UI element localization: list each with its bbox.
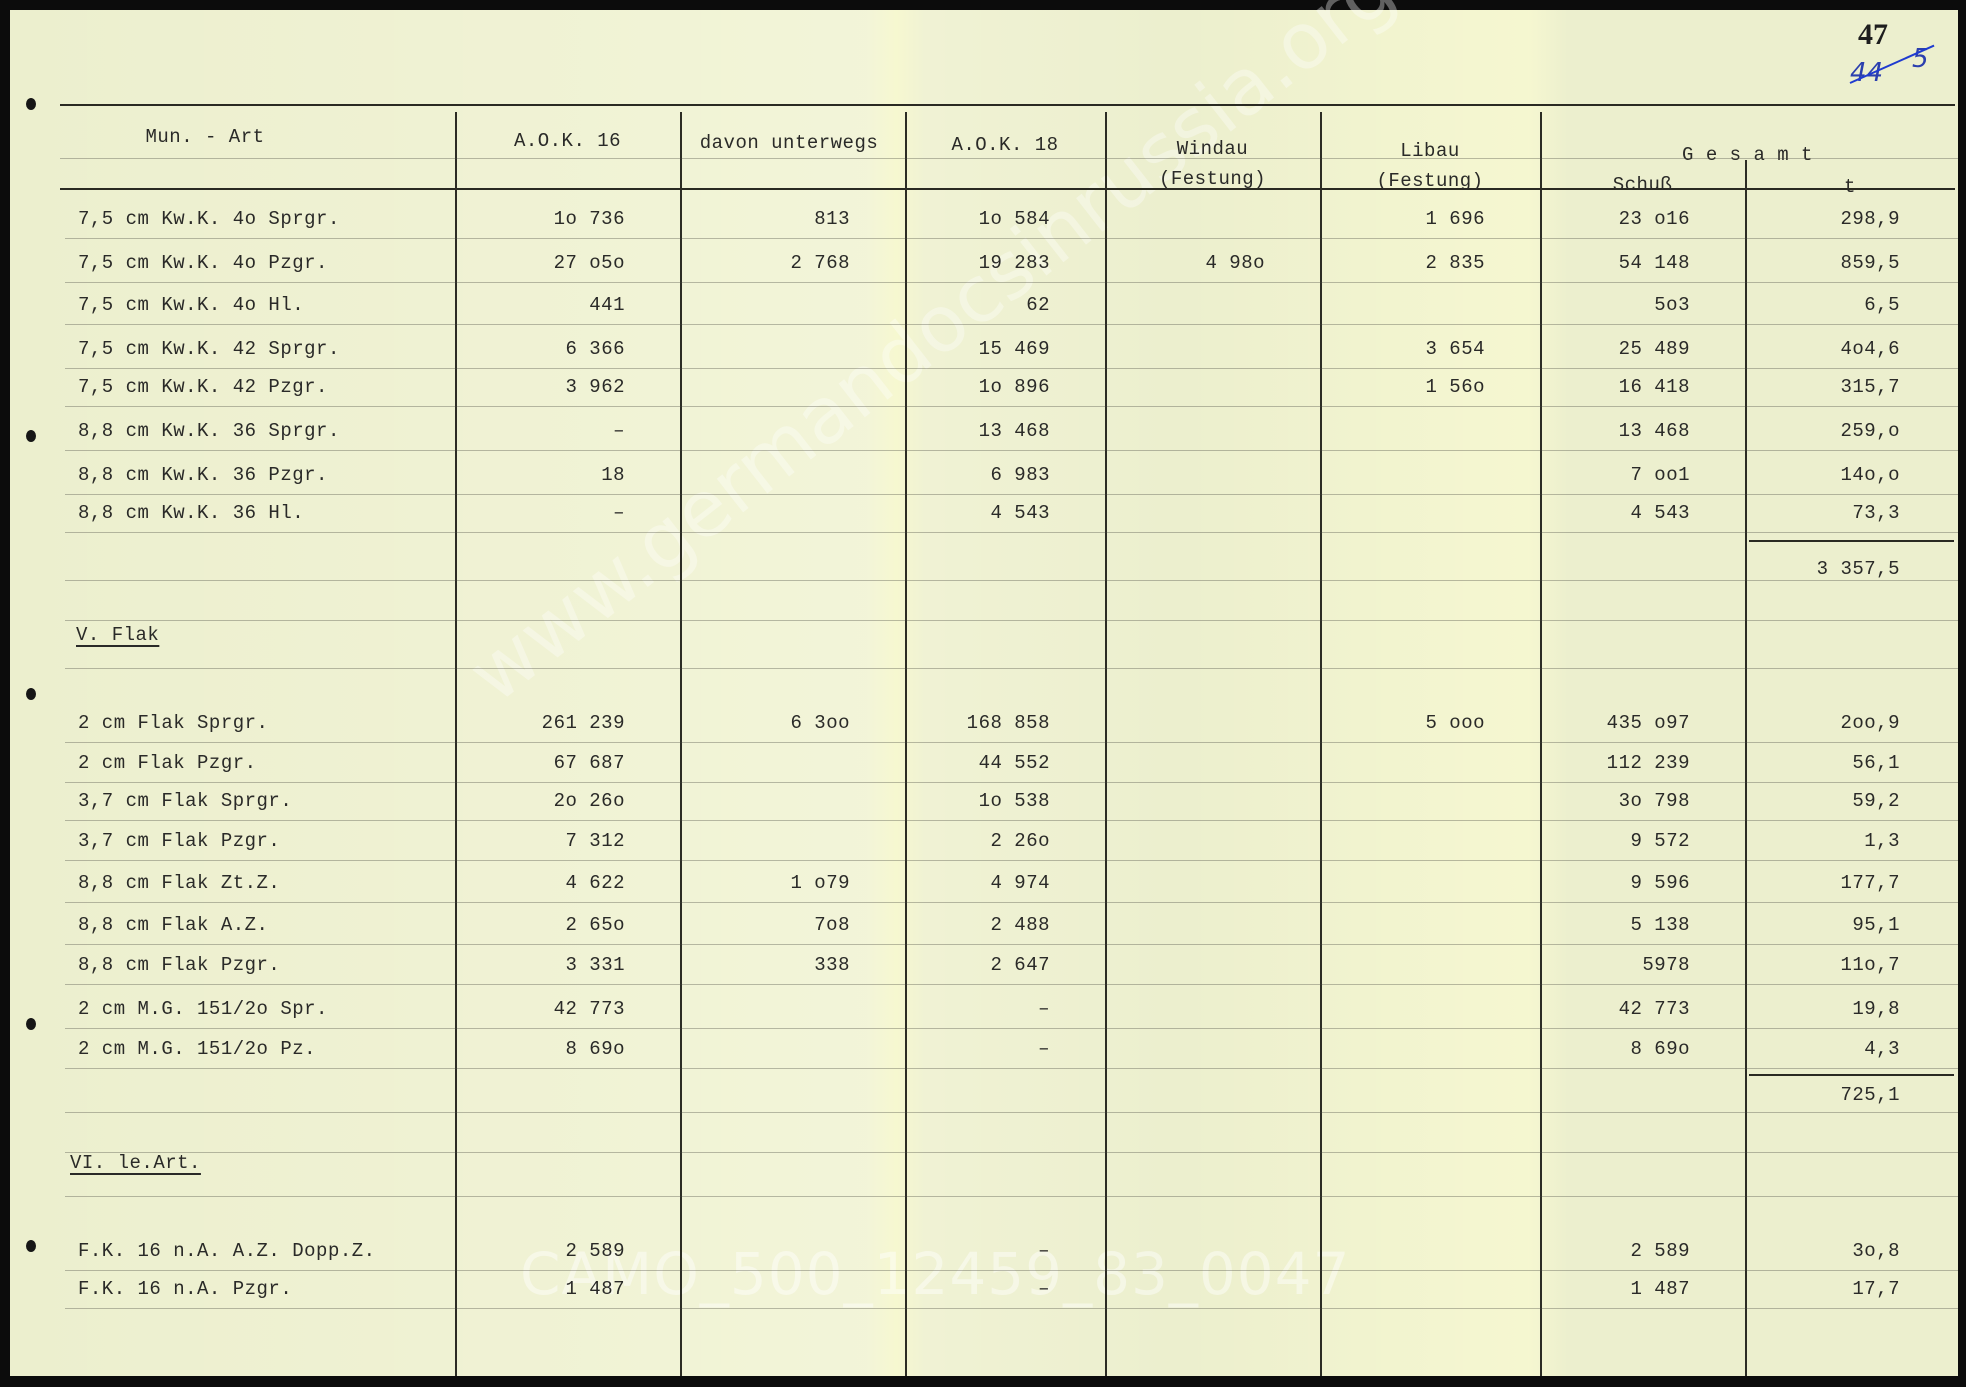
row-rule — [65, 532, 1958, 533]
cell-aok16: 42 773 — [455, 998, 625, 1020]
section-title-flak: V. Flak — [76, 624, 159, 646]
section-title-le-art: VI. le.Art. — [70, 1152, 201, 1174]
cell-t: 14o,o — [1745, 464, 1900, 486]
cell-unterwegs: 1 o79 — [680, 872, 850, 894]
cell-libau: 2 835 — [1320, 252, 1485, 274]
row-ammo-type: 8,8 cm Kw.K. 36 Sprgr. — [78, 420, 340, 442]
row-ammo-type: 7,5 cm Kw.K. 4o Pzgr. — [78, 252, 328, 274]
row-rule — [65, 580, 1958, 581]
row-ammo-type: 8,8 cm Flak A.Z. — [78, 914, 268, 936]
cell-aok18: 6 983 — [905, 464, 1050, 486]
cell-aok18: 2 488 — [905, 914, 1050, 936]
row-ammo-type: 8,8 cm Flak Pzgr. — [78, 954, 280, 976]
cell-t: 73,3 — [1745, 502, 1900, 524]
cell-aok18: – — [905, 1240, 1050, 1262]
cell-aok18: 62 — [905, 294, 1050, 316]
cell-schuss: 13 468 — [1540, 420, 1690, 442]
tank-total-tonnes: 3 357,5 — [1745, 558, 1900, 580]
cell-libau: 1 56o — [1320, 376, 1485, 398]
cell-aok16: 441 — [455, 294, 625, 316]
header-windau: Windau — [1105, 138, 1320, 160]
cell-aok16: 261 239 — [455, 712, 625, 734]
cell-aok16: 1o 736 — [455, 208, 625, 230]
col-divider-unterwegs — [680, 112, 682, 1376]
row-rule — [65, 368, 1958, 369]
row-rule — [65, 450, 1958, 451]
row-ammo-type: 2 cm Flak Pzgr. — [78, 752, 257, 774]
cell-schuss: 5 138 — [1540, 914, 1690, 936]
row-ammo-type: 2 cm Flak Sprgr. — [78, 712, 268, 734]
cell-aok18: 1o 584 — [905, 208, 1050, 230]
punch-hole — [26, 1018, 36, 1030]
cell-aok18: 44 552 — [905, 752, 1050, 774]
cell-libau: 1 696 — [1320, 208, 1485, 230]
cell-t: 3o,8 — [1745, 1240, 1900, 1262]
cell-aok16: 3 331 — [455, 954, 625, 976]
cell-t: 4o4,6 — [1745, 338, 1900, 360]
header-libau-festung: (Festung) — [1320, 170, 1540, 192]
row-ammo-type: 8,8 cm Flak Zt.Z. — [78, 872, 280, 894]
handwritten-old-page-number: 44 — [1850, 58, 1883, 88]
cell-aok16: 4 622 — [455, 872, 625, 894]
row-rule — [65, 1112, 1958, 1113]
row-ammo-type: 8,8 cm Kw.K. 36 Hl. — [78, 502, 304, 524]
cell-aok16: 8 69o — [455, 1038, 625, 1060]
cell-schuss: 9 596 — [1540, 872, 1690, 894]
cell-schuss: 16 418 — [1540, 376, 1690, 398]
cell-schuss: 23 o16 — [1540, 208, 1690, 230]
cell-aok18: 2 26o — [905, 830, 1050, 852]
punch-hole — [26, 430, 36, 442]
cell-t: 6,5 — [1745, 294, 1900, 316]
cell-unterwegs: 338 — [680, 954, 850, 976]
row-rule — [65, 238, 1958, 239]
cell-t: 11o,7 — [1745, 954, 1900, 976]
row-rule — [65, 1152, 1958, 1153]
row-rule — [65, 742, 1958, 743]
header-gesamt: G e s a m t — [1540, 144, 1955, 166]
page-number: 47 — [1858, 18, 1888, 52]
cell-aok18: 168 858 — [905, 712, 1050, 734]
cell-schuss: 112 239 — [1540, 752, 1690, 774]
header-tonnes: t — [1745, 176, 1955, 198]
cell-schuss: 9 572 — [1540, 830, 1690, 852]
cell-aok18: 15 469 — [905, 338, 1050, 360]
cell-aok18: 1o 538 — [905, 790, 1050, 812]
row-ammo-type: 7,5 cm Kw.K. 4o Hl. — [78, 294, 304, 316]
row-rule — [65, 860, 1958, 861]
row-rule — [65, 782, 1958, 783]
cell-aok16: 27 o5o — [455, 252, 625, 274]
cell-aok18: 4 543 — [905, 502, 1050, 524]
cell-unterwegs: 813 — [680, 208, 850, 230]
cell-t: 259,o — [1745, 420, 1900, 442]
col-divider-windau — [1105, 112, 1107, 1376]
cell-libau: 5 ooo — [1320, 712, 1485, 734]
flak-total-tonnes: 725,1 — [1745, 1084, 1900, 1106]
cell-schuss: 25 489 — [1540, 338, 1690, 360]
cell-unterwegs: 7o8 — [680, 914, 850, 936]
header-schuss: Schuß — [1540, 174, 1745, 196]
cell-schuss: 54 148 — [1540, 252, 1690, 274]
row-ammo-type: 7,5 cm Kw.K. 42 Sprgr. — [78, 338, 340, 360]
header-davon-unterwegs: davon unterwegs — [684, 132, 894, 154]
row-ammo-type: 2 cm M.G. 151/2o Pz. — [78, 1038, 316, 1060]
row-ammo-type: 2 cm M.G. 151/2o Spr. — [78, 998, 328, 1020]
cell-aok18: 4 974 — [905, 872, 1050, 894]
cell-aok16: 2 65o — [455, 914, 625, 936]
cell-schuss: 7 oo1 — [1540, 464, 1690, 486]
cell-t: 2oo,9 — [1745, 712, 1900, 734]
row-ammo-type: F.K. 16 n.A. Pzgr. — [78, 1278, 292, 1300]
cell-t: 1,3 — [1745, 830, 1900, 852]
cell-schuss: 42 773 — [1540, 998, 1690, 1020]
header-rule — [60, 158, 1958, 159]
row-rule — [65, 1028, 1958, 1029]
subtotal-line — [1749, 540, 1954, 542]
cell-aok18: 1o 896 — [905, 376, 1050, 398]
cell-schuss: 435 o97 — [1540, 712, 1690, 734]
cell-schuss: 8 69o — [1540, 1038, 1690, 1060]
cell-unterwegs: 6 3oo — [680, 712, 850, 734]
row-ammo-type: 7,5 cm Kw.K. 4o Sprgr. — [78, 208, 340, 230]
punch-hole — [26, 688, 36, 700]
cell-t: 19,8 — [1745, 998, 1900, 1020]
cell-libau: 3 654 — [1320, 338, 1485, 360]
table-top-border — [60, 104, 1955, 106]
cell-t: 56,1 — [1745, 752, 1900, 774]
cell-t: 315,7 — [1745, 376, 1900, 398]
cell-aok16: 6 366 — [455, 338, 625, 360]
header-aok18: A.O.K. 18 — [905, 134, 1105, 156]
row-rule — [65, 820, 1958, 821]
cell-schuss: 1 487 — [1540, 1278, 1690, 1300]
row-rule — [65, 668, 1958, 669]
cell-aok16: 2 589 — [455, 1240, 625, 1262]
cell-aok16: 1 487 — [455, 1278, 625, 1300]
row-rule — [65, 282, 1958, 283]
cell-aok16: 67 687 — [455, 752, 625, 774]
cell-aok16: 18 — [455, 464, 625, 486]
row-rule — [65, 902, 1958, 903]
cell-schuss: 4 543 — [1540, 502, 1690, 524]
cell-aok16: 7 312 — [455, 830, 625, 852]
row-rule — [65, 1308, 1958, 1309]
row-ammo-type: 8,8 cm Kw.K. 36 Pzgr. — [78, 464, 328, 486]
row-ammo-type: 3,7 cm Flak Pzgr. — [78, 830, 280, 852]
cell-aok18: 13 468 — [905, 420, 1050, 442]
cell-schuss: 5o3 — [1540, 294, 1690, 316]
cell-t: 59,2 — [1745, 790, 1900, 812]
row-ammo-type: 3,7 cm Flak Sprgr. — [78, 790, 292, 812]
cell-windau: 4 98o — [1105, 252, 1265, 274]
cell-aok18: 2 647 — [905, 954, 1050, 976]
row-ammo-type: F.K. 16 n.A. A.Z. Dopp.Z. — [78, 1240, 376, 1262]
row-rule — [65, 1196, 1958, 1197]
punch-hole — [26, 98, 36, 110]
cell-t: 17,7 — [1745, 1278, 1900, 1300]
cell-t: 177,7 — [1745, 872, 1900, 894]
cell-aok16: – — [455, 420, 625, 442]
header-aok16: A.O.K. 16 — [455, 130, 680, 152]
row-ammo-type: 7,5 cm Kw.K. 42 Pzgr. — [78, 376, 328, 398]
cell-aok16: 3 962 — [455, 376, 625, 398]
row-rule — [65, 1270, 1958, 1271]
cell-aok18: 19 283 — [905, 252, 1050, 274]
row-rule — [65, 984, 1958, 985]
cell-aok18: – — [905, 1038, 1050, 1060]
cell-aok16: – — [455, 502, 625, 524]
cell-aok18: – — [905, 998, 1050, 1020]
cell-t: 298,9 — [1745, 208, 1900, 230]
header-windau-festung: (Festung) — [1105, 168, 1320, 190]
cell-unterwegs: 2 768 — [680, 252, 850, 274]
header-mun-art: Mun. - Art — [90, 126, 320, 148]
cell-schuss: 2 589 — [1540, 1240, 1690, 1262]
row-rule — [65, 620, 1958, 621]
cell-schuss: 5978 — [1540, 954, 1690, 976]
row-rule — [65, 324, 1958, 325]
cell-aok16: 2o 26o — [455, 790, 625, 812]
row-rule — [65, 406, 1958, 407]
row-rule — [65, 944, 1958, 945]
row-rule — [65, 1068, 1958, 1069]
cell-t: 95,1 — [1745, 914, 1900, 936]
punch-hole — [26, 1240, 36, 1252]
cell-aok18: – — [905, 1278, 1050, 1300]
col-divider-libau — [1320, 112, 1322, 1376]
cell-t: 4,3 — [1745, 1038, 1900, 1060]
row-rule — [65, 494, 1958, 495]
cell-t: 859,5 — [1745, 252, 1900, 274]
subtotal-line — [1749, 1074, 1954, 1076]
cell-schuss: 3o 798 — [1540, 790, 1690, 812]
